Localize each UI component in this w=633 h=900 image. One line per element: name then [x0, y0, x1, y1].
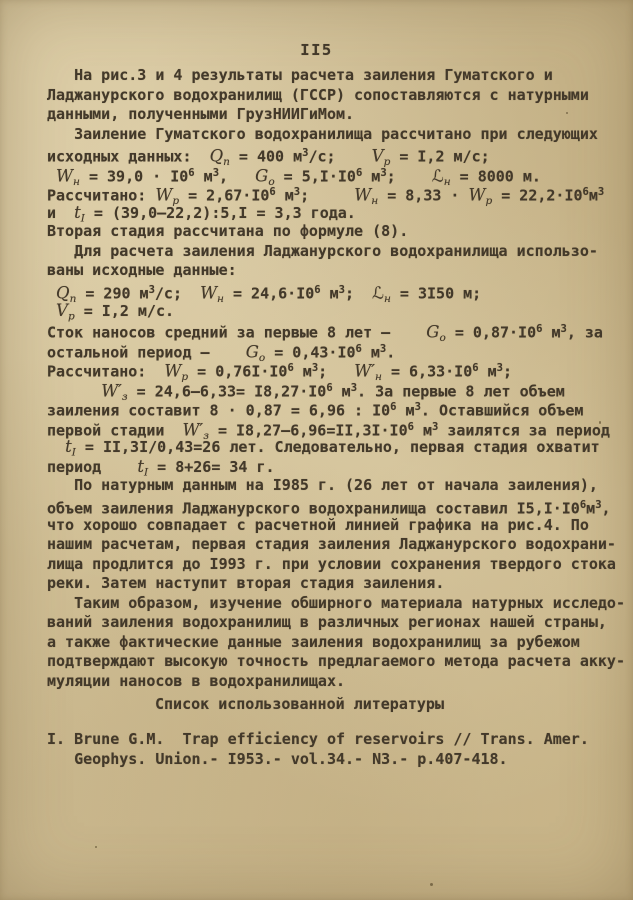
paper-speck [566, 112, 568, 114]
text-line: По натурным данным на I985 г. (26 лет от… [47, 476, 623, 496]
text-line: подтверждают высокую точность предлагаем… [47, 652, 623, 672]
text-line: заиления составит 8 · 0,87 = 6,96 : I06 … [47, 398, 623, 418]
text-line: исходных данных: Qп = 400 м3/с; Vр = I,2… [47, 144, 623, 164]
text-line: реки. Затем наступит вторая стадия заиле… [47, 574, 623, 594]
text-line: ваний заиления водохранилищ в различных … [47, 613, 623, 633]
text-line: и tI = (39,0–22,2):5,I = 3,3 года. [47, 203, 623, 223]
document-lines: На рис.3 и 4 результаты расчета заиления… [47, 66, 623, 692]
text-line: W′з = 24,6–6,33= I8,27·I06 м3. За первые… [47, 379, 623, 399]
text-line: объем заиления Ладжанурского водохранили… [47, 496, 623, 516]
text-line: первой стадии W′з = I8,27–6,96=II,3I·I06… [47, 418, 623, 438]
text-line: нашим расчетам, первая стадия заиления Л… [47, 535, 623, 555]
text-line: муляции наносов в водохранилищах. [47, 672, 623, 692]
text-line: Заиление Гуматского водохранилища рассчи… [47, 125, 623, 145]
scanned-page: II5 На рис.3 и 4 результаты расчета заил… [0, 0, 633, 900]
text-line: Wн = 39,0 · I06 м3, Gо = 5,I·I06 м3; ℒн … [47, 164, 623, 184]
text-line: I. Brune G.M. Trap efficiency of reservo… [47, 730, 623, 750]
paper-speck [599, 421, 601, 424]
text-line: период tI = 8+26= 34 г. [47, 457, 623, 477]
text-line: что хорошо совпадает с расчетной линией … [47, 516, 623, 536]
text-line: Geophys. Union.- I953.- vol.34.- N3.- p.… [47, 750, 623, 770]
text-line: Рассчитано: Wр = 2,67·I06 м3; Wн = 8,33 … [47, 183, 623, 203]
text-line: Вторая стадия рассчитана по формуле (8). [47, 222, 623, 242]
page-number: II5 [0, 0, 633, 59]
paper-speck [95, 846, 97, 848]
text-line: а также фактические данные заиления водо… [47, 633, 623, 653]
bibliography-heading: Список использованной литературы [47, 695, 623, 715]
bibliography-section: Список использованной литературы I. Brun… [47, 695, 623, 770]
text-line: Ладжанурского водохранилищ (ГССР) сопост… [47, 86, 623, 106]
paper-speck [430, 883, 433, 886]
text-line: Рассчитано: Wр = 0,76I·I06 м3; W′н = 6,3… [47, 359, 623, 379]
text-line: Qп = 290 м3/с; Wн = 24,6·I06 м3; ℒн = 3I… [47, 281, 623, 301]
text-line: остальной период – Gо = 0,43·I06 м3. [47, 340, 623, 360]
text-line: данными, полученными ГрузНИИГиМом. [47, 105, 623, 125]
text-line: ваны исходные данные: [47, 261, 623, 281]
text-line: tI = II,3I/0,43=26 лет. Следовательно, п… [47, 437, 623, 457]
text-line: лища продлится до I993 г. при условии со… [47, 555, 623, 575]
text-line: Сток наносов средний за первые 8 лет – G… [47, 320, 623, 340]
text-line: Vр = I,2 м/с. [47, 301, 623, 321]
document-content: На рис.3 и 4 результаты расчета заиления… [0, 66, 633, 769]
text-line: На рис.3 и 4 результаты расчета заиления… [47, 66, 623, 86]
text-line: Для расчета заиления Ладжанурского водох… [47, 242, 623, 262]
bibliography-entries: I. Brune G.M. Trap efficiency of reservo… [47, 730, 623, 769]
text-line: Таким образом, изучение обширного матери… [47, 594, 623, 614]
